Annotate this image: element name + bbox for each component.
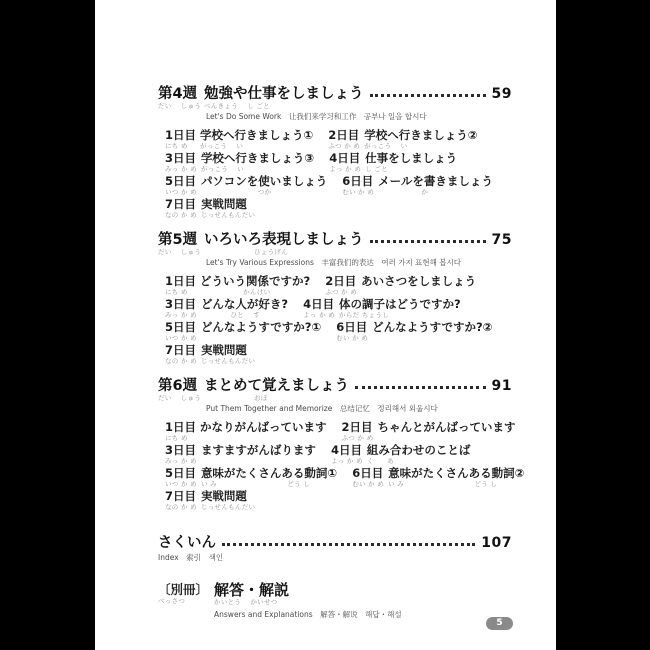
dotted-leader bbox=[370, 240, 486, 243]
week-label-furigana: だい しゅう bbox=[158, 103, 204, 110]
day-list: 1日目にち めどういう関係ですか? かんけい2日目ふつ か めあいさつをしましょ… bbox=[165, 275, 512, 365]
day-title-furigana bbox=[377, 435, 515, 442]
day-label: 6日目 bbox=[342, 175, 374, 188]
day-label-furigana: みっ か め bbox=[165, 458, 197, 465]
day-label-furigana: なの か め bbox=[165, 212, 197, 219]
section-subtitle: Put Them Together and Memorize 总结记忆 정리해서… bbox=[206, 404, 512, 413]
day-title: 意味がたくさんある動詞① bbox=[201, 467, 337, 480]
day-label-block: 1日目にち め bbox=[165, 275, 196, 296]
day-title: メールを書きましょう bbox=[378, 175, 493, 188]
day-title: どういう関係ですか? bbox=[200, 275, 310, 288]
section-heading: 第4週 だい しゅう 勉強や仕事をしましょう べんきょう し ごと 59 bbox=[158, 86, 512, 110]
day-label-furigana: みっ か め bbox=[165, 166, 197, 173]
day-title-furigana: し ごと bbox=[365, 166, 457, 173]
section-subtitle: Let's Try Various Expressions 丰富我们的表达 여러… bbox=[206, 258, 512, 267]
day-row: 1日目にち めどういう関係ですか? かんけい2日目ふつ か めあいさつをしましょ… bbox=[165, 275, 512, 296]
day-title-furigana: じっせんもんだい bbox=[201, 504, 255, 511]
toc-day-item: 7日目なの か め実戦問題じっせんもんだい bbox=[165, 344, 255, 365]
day-title-furigana: い み どう し bbox=[388, 481, 524, 488]
day-label-block: 1日目にち め bbox=[165, 421, 196, 442]
day-title-furigana: がっこう い bbox=[364, 143, 477, 150]
day-title: パソコンを使いましょう bbox=[201, 175, 327, 188]
day-label-furigana: よっ か め bbox=[329, 166, 361, 173]
day-title: どんなようすですか?② bbox=[372, 321, 492, 334]
toc-day-item: 6日目むい か めメールを書きましょう か bbox=[342, 175, 493, 196]
day-title: ちゃんとがんばっています bbox=[377, 421, 515, 434]
appendix-label: 〔別冊〕 bbox=[158, 582, 208, 597]
day-label-furigana: ふつ か め bbox=[325, 289, 357, 296]
day-title: かなりがんばっています bbox=[200, 421, 327, 434]
day-label-block: 2日目ふつ か め bbox=[328, 129, 360, 150]
day-list: 1日目にち め学校へ行きましょう①がっこう い2日目ふつ か め学校へ行きましょ… bbox=[165, 129, 512, 219]
day-label: 2日目 bbox=[325, 275, 357, 288]
day-label-block: 4日目よっ か め bbox=[303, 298, 335, 319]
toc-day-item: 2日目ふつ か めあいさつをしましょう bbox=[325, 275, 476, 296]
day-label-block: 6日目むい か め bbox=[352, 467, 384, 488]
day-title: 意味がたくさんある動詞② bbox=[388, 467, 524, 480]
section-heading: 第6週 だい しゅう まとめて覚えましょう おぼ 91 bbox=[158, 378, 512, 402]
day-label: 5日目 bbox=[165, 321, 197, 334]
toc-section: 第4週 だい しゅう 勉強や仕事をしましょう べんきょう し ごと 59 Let… bbox=[158, 86, 512, 219]
section-title-furigana: べんきょう し ごと bbox=[204, 103, 364, 110]
toc-day-item: 4日目よっ か め仕事をしましょうし ごと bbox=[329, 152, 457, 173]
day-label: 6日目 bbox=[336, 321, 368, 334]
day-title-block: パソコンを使いましょう つか bbox=[201, 175, 327, 196]
dotted-leader bbox=[370, 94, 486, 97]
day-label-furigana: みっ か め bbox=[165, 312, 197, 319]
index-title: さくいん bbox=[158, 535, 216, 551]
day-title-block: どういう関係ですか? かんけい bbox=[200, 275, 310, 296]
day-label: 7日目 bbox=[165, 344, 197, 357]
day-label-furigana: いつ か め bbox=[165, 335, 197, 342]
week-label-block: 第4週 だい しゅう bbox=[158, 86, 204, 110]
day-label-block: 7日目なの か め bbox=[165, 198, 197, 219]
section-title: いろいろ表現しましょう bbox=[204, 232, 364, 248]
day-label-furigana: むい か め bbox=[342, 189, 374, 196]
toc-day-item: 7日目なの か め実戦問題じっせんもんだい bbox=[165, 490, 255, 511]
toc-day-item: 6日目むい か め意味がたくさんある動詞②い み どう し bbox=[352, 467, 524, 488]
day-label: 5日目 bbox=[165, 175, 197, 188]
toc-day-item: 7日目なの か め実戦問題じっせんもんだい bbox=[165, 198, 255, 219]
appendix-title: 解答・解説 bbox=[214, 582, 402, 598]
day-title-block: 学校へ行きましょう②がっこう い bbox=[364, 129, 477, 150]
day-title-furigana bbox=[372, 335, 492, 342]
index-entry: さくいん 107 Index 索引 색인 bbox=[158, 535, 512, 562]
day-title-block: どんなようすですか?② bbox=[372, 321, 492, 342]
day-label-furigana: なの か め bbox=[165, 504, 197, 511]
day-title: あいさつをしましょう bbox=[361, 275, 476, 288]
day-title-block: どんな人が好き? ひと す bbox=[201, 298, 288, 319]
appendix-main-block: 解答・解説 かいとう かいせつ Answers and Explanations… bbox=[214, 582, 402, 619]
toc-day-item: 4日目よっ か め組み合わせのことばく あ bbox=[331, 444, 470, 465]
day-label: 5日目 bbox=[165, 467, 197, 480]
day-title-block: ますますがんばります bbox=[201, 444, 316, 465]
day-title-block: あいさつをしましょう bbox=[361, 275, 476, 296]
day-label-block: 5日目いつ か め bbox=[165, 467, 197, 488]
day-title-furigana bbox=[200, 435, 327, 442]
section-page-number: 75 bbox=[492, 232, 512, 248]
day-label-furigana: にち め bbox=[165, 143, 196, 150]
week-label: 第6週 bbox=[158, 378, 204, 394]
day-label-block: 3日目みっ か め bbox=[165, 152, 197, 173]
section-title-block: いろいろ表現しましょう ひょうげん bbox=[204, 232, 364, 256]
section-title: まとめて覚えましょう bbox=[204, 378, 349, 394]
day-label-block: 6日目むい か め bbox=[336, 321, 368, 342]
book-page: 第4週 だい しゅう 勉強や仕事をしましょう べんきょう し ごと 59 Let… bbox=[95, 0, 556, 650]
appendix-entry: 〔別冊〕 べっさつ 解答・解説 かいとう かいせつ Answers and Ex… bbox=[158, 582, 512, 619]
toc-day-item: 2日目ふつ か めちゃんとがんばっています bbox=[342, 421, 516, 442]
day-title-furigana: からだ ちょうし bbox=[339, 312, 461, 319]
day-list: 1日目にち めかなりがんばっています2日目ふつ か めちゃんとがんばっています3… bbox=[165, 421, 512, 511]
day-row: 7日目なの か め実戦問題じっせんもんだい bbox=[165, 344, 512, 365]
day-label-furigana: いつ か め bbox=[165, 189, 197, 196]
day-title-furigana: か bbox=[378, 189, 493, 196]
day-label-furigana: ふつ か め bbox=[342, 435, 374, 442]
week-label: 第4週 bbox=[158, 86, 204, 102]
day-title-furigana bbox=[201, 458, 316, 465]
day-title: 仕事をしましょう bbox=[365, 152, 457, 165]
toc-sections: 第4週 だい しゅう 勉強や仕事をしましょう べんきょう し ごと 59 Let… bbox=[158, 86, 512, 511]
day-label-block: 2日目ふつ か め bbox=[325, 275, 357, 296]
day-title-block: どんなようすですか?① bbox=[201, 321, 321, 342]
day-title-furigana: かんけい bbox=[200, 289, 310, 296]
day-title-block: メールを書きましょう か bbox=[378, 175, 493, 196]
appendix-title-block: 解答・解説 かいとう かいせつ bbox=[214, 582, 402, 606]
day-row: 5日目いつ か め意味がたくさんある動詞①い み どう し6日目むい か め意味… bbox=[165, 467, 512, 488]
day-title-furigana: じっせんもんだい bbox=[201, 212, 255, 219]
day-label-block: 2日目ふつ か め bbox=[342, 421, 374, 442]
day-label-furigana: いつ か め bbox=[165, 481, 197, 488]
day-label-furigana: むい か め bbox=[336, 335, 368, 342]
day-label-block: 5日目いつ か め bbox=[165, 175, 197, 196]
day-title: どんなようすですか?① bbox=[201, 321, 321, 334]
day-row: 7日目なの か め実戦問題じっせんもんだい bbox=[165, 490, 512, 511]
day-label: 4日目 bbox=[329, 152, 361, 165]
appendix-subtitle: Answers and Explanations 解答・解说 해답・해설 bbox=[214, 610, 402, 619]
day-label: 3日目 bbox=[165, 298, 197, 311]
day-label: 7日目 bbox=[165, 490, 197, 503]
day-title-block: ちゃんとがんばっています bbox=[377, 421, 515, 442]
toc-day-item: 4日目よっ か め体の調子はどうですか?からだ ちょうし bbox=[303, 298, 461, 319]
section-title-block: 勉強や仕事をしましょう べんきょう し ごと bbox=[204, 86, 364, 110]
day-label: 3日目 bbox=[165, 152, 197, 165]
dotted-leader bbox=[222, 543, 475, 546]
day-row: 5日目いつ か めパソコンを使いましょう つか6日目むい か めメールを書きまし… bbox=[165, 175, 512, 196]
day-title-block: 組み合わせのことばく あ bbox=[367, 444, 471, 465]
day-title-furigana: ひと す bbox=[201, 312, 288, 319]
week-label-block: 第5週 だい しゅう bbox=[158, 232, 204, 256]
index-title-block: さくいん bbox=[158, 535, 216, 551]
day-title: 学校へ行きましょう③ bbox=[201, 152, 314, 165]
day-label: 3日目 bbox=[165, 444, 197, 457]
scan-background: { "colors": { "scan_border": "#000000", … bbox=[0, 0, 650, 650]
day-title: 実戦問題 bbox=[201, 344, 255, 357]
day-title: どんな人が好き? bbox=[201, 298, 288, 311]
day-label-block: 4日目よっ か め bbox=[331, 444, 363, 465]
day-label-block: 5日目いつ か め bbox=[165, 321, 197, 342]
week-label-block: 第6週 だい しゅう bbox=[158, 378, 204, 402]
appendix-label-furigana: べっさつ bbox=[158, 598, 208, 605]
appendix-title-furigana: かいとう かいせつ bbox=[214, 599, 402, 606]
section-page-number: 59 bbox=[492, 86, 512, 102]
day-title-furigana: つか bbox=[201, 189, 327, 196]
section-subtitle: Let's Do Some Work 让我们来学习和工作 공부나 일을 합시다 bbox=[206, 112, 512, 121]
day-title-furigana: く あ bbox=[367, 458, 471, 465]
toc-day-item: 3日目みっ か め学校へ行きましょう③がっこう い bbox=[165, 152, 314, 173]
day-title-block: 仕事をしましょうし ごと bbox=[365, 152, 457, 173]
toc-day-item: 5日目いつ か め意味がたくさんある動詞①い み どう し bbox=[165, 467, 337, 488]
day-title-furigana bbox=[361, 289, 476, 296]
day-label-block: 3日目みっ か め bbox=[165, 444, 197, 465]
section-heading: 第5週 だい しゅう いろいろ表現しましょう ひょうげん 75 bbox=[158, 232, 512, 256]
day-label: 1日目 bbox=[165, 421, 196, 434]
week-label-furigana: だい しゅう bbox=[158, 395, 204, 402]
day-title-furigana: い み どう し bbox=[201, 481, 337, 488]
toc-day-item: 1日目にち めかなりがんばっています bbox=[165, 421, 327, 442]
day-title-block: 実戦問題じっせんもんだい bbox=[201, 344, 255, 365]
day-label-furigana: ふつ か め bbox=[328, 143, 360, 150]
day-title: ますますがんばります bbox=[201, 444, 316, 457]
day-title: 体の調子はどうですか? bbox=[339, 298, 461, 311]
day-label-block: 1日目にち め bbox=[165, 129, 196, 150]
day-row: 3日目みっ か め学校へ行きましょう③がっこう い4日目よっ か め仕事をしまし… bbox=[165, 152, 512, 173]
index-subtitle: Index 索引 색인 bbox=[158, 553, 512, 562]
week-label-furigana: だい しゅう bbox=[158, 249, 204, 256]
dotted-leader bbox=[355, 386, 486, 389]
day-label-block: 6日目むい か め bbox=[342, 175, 374, 196]
toc-day-item: 3日目みっ か めどんな人が好き? ひと す bbox=[165, 298, 288, 319]
day-title: 実戦問題 bbox=[201, 490, 255, 503]
section-title-furigana: おぼ bbox=[204, 395, 349, 402]
day-title-block: 意味がたくさんある動詞①い み どう し bbox=[201, 467, 337, 488]
day-title-block: 学校へ行きましょう③がっこう い bbox=[201, 152, 314, 173]
day-title-furigana: がっこう い bbox=[201, 166, 314, 173]
toc-section: 第5週 だい しゅう いろいろ表現しましょう ひょうげん 75 Let's Tr… bbox=[158, 232, 512, 365]
day-label-furigana: むい か め bbox=[352, 481, 384, 488]
day-title: 実戦問題 bbox=[201, 198, 255, 211]
toc-day-item: 6日目むい か めどんなようすですか?② bbox=[336, 321, 492, 342]
day-title-furigana bbox=[201, 335, 321, 342]
section-page-number: 91 bbox=[492, 378, 512, 394]
day-label-furigana: なの か め bbox=[165, 358, 197, 365]
day-label-block: 4日目よっ か め bbox=[329, 152, 361, 173]
section-title-block: まとめて覚えましょう おぼ bbox=[204, 378, 349, 402]
day-label: 6日目 bbox=[352, 467, 384, 480]
day-title-block: 学校へ行きましょう①がっこう い bbox=[200, 129, 313, 150]
index-heading: さくいん 107 bbox=[158, 535, 512, 551]
day-label-furigana: にち め bbox=[165, 289, 196, 296]
section-title-furigana: ひょうげん bbox=[204, 249, 364, 256]
day-row: 3日目みっ か めどんな人が好き? ひと す4日目よっ か め体の調子はどうです… bbox=[165, 298, 512, 319]
index-page-number: 107 bbox=[481, 535, 512, 551]
day-title-furigana: がっこう い bbox=[200, 143, 313, 150]
page-number: 5 bbox=[496, 619, 502, 628]
day-label: 1日目 bbox=[165, 129, 196, 142]
day-title-block: 意味がたくさんある動詞②い み どう し bbox=[388, 467, 524, 488]
day-row: 5日目いつ か めどんなようすですか?①6日目むい か めどんなようすですか?② bbox=[165, 321, 512, 342]
day-label-block: 7日目なの か め bbox=[165, 490, 197, 511]
day-title-block: かなりがんばっています bbox=[200, 421, 327, 442]
section-title: 勉強や仕事をしましょう bbox=[204, 86, 364, 102]
day-label-furigana: にち め bbox=[165, 435, 196, 442]
day-title-furigana: じっせんもんだい bbox=[201, 358, 255, 365]
toc-day-item: 1日目にち め学校へ行きましょう①がっこう い bbox=[165, 129, 313, 150]
day-label-furigana: よっ か め bbox=[303, 312, 335, 319]
day-row: 3日目みっ か めますますがんばります4日目よっ か め組み合わせのことばく あ bbox=[165, 444, 512, 465]
day-title: 学校へ行きましょう② bbox=[364, 129, 477, 142]
toc-day-item: 3日目みっ か めますますがんばります bbox=[165, 444, 316, 465]
day-label-block: 7日目なの か め bbox=[165, 344, 197, 365]
day-row: 7日目なの か め実戦問題じっせんもんだい bbox=[165, 198, 512, 219]
day-label: 2日目 bbox=[328, 129, 360, 142]
day-row: 1日目にち めかなりがんばっています2日目ふつ か めちゃんとがんばっています bbox=[165, 421, 512, 442]
day-label: 1日目 bbox=[165, 275, 196, 288]
day-label: 2日目 bbox=[342, 421, 374, 434]
toc-day-item: 5日目いつ か めどんなようすですか?① bbox=[165, 321, 321, 342]
table-of-contents: 第4週 だい しゅう 勉強や仕事をしましょう べんきょう し ごと 59 Let… bbox=[95, 0, 556, 619]
day-title-block: 実戦問題じっせんもんだい bbox=[201, 490, 255, 511]
day-title-block: 体の調子はどうですか?からだ ちょうし bbox=[339, 298, 461, 319]
day-label: 4日目 bbox=[331, 444, 363, 457]
toc-day-item: 1日目にち めどういう関係ですか? かんけい bbox=[165, 275, 310, 296]
page-number-pill: 5 bbox=[486, 617, 513, 630]
toc-section: 第6週 だい しゅう まとめて覚えましょう おぼ 91 Put Them Tog… bbox=[158, 378, 512, 511]
day-label-furigana: よっ か め bbox=[331, 458, 363, 465]
day-label: 7日目 bbox=[165, 198, 197, 211]
day-title: 組み合わせのことば bbox=[367, 444, 471, 457]
week-label: 第5週 bbox=[158, 232, 204, 248]
day-title: 学校へ行きましょう① bbox=[200, 129, 313, 142]
day-row: 1日目にち め学校へ行きましょう①がっこう い2日目ふつ か め学校へ行きましょ… bbox=[165, 129, 512, 150]
toc-day-item: 2日目ふつ か め学校へ行きましょう②がっこう い bbox=[328, 129, 477, 150]
appendix-label-block: 〔別冊〕 べっさつ bbox=[158, 582, 208, 605]
day-title-block: 実戦問題じっせんもんだい bbox=[201, 198, 255, 219]
day-label: 4日目 bbox=[303, 298, 335, 311]
day-label-block: 3日目みっ か め bbox=[165, 298, 197, 319]
toc-day-item: 5日目いつ か めパソコンを使いましょう つか bbox=[165, 175, 327, 196]
